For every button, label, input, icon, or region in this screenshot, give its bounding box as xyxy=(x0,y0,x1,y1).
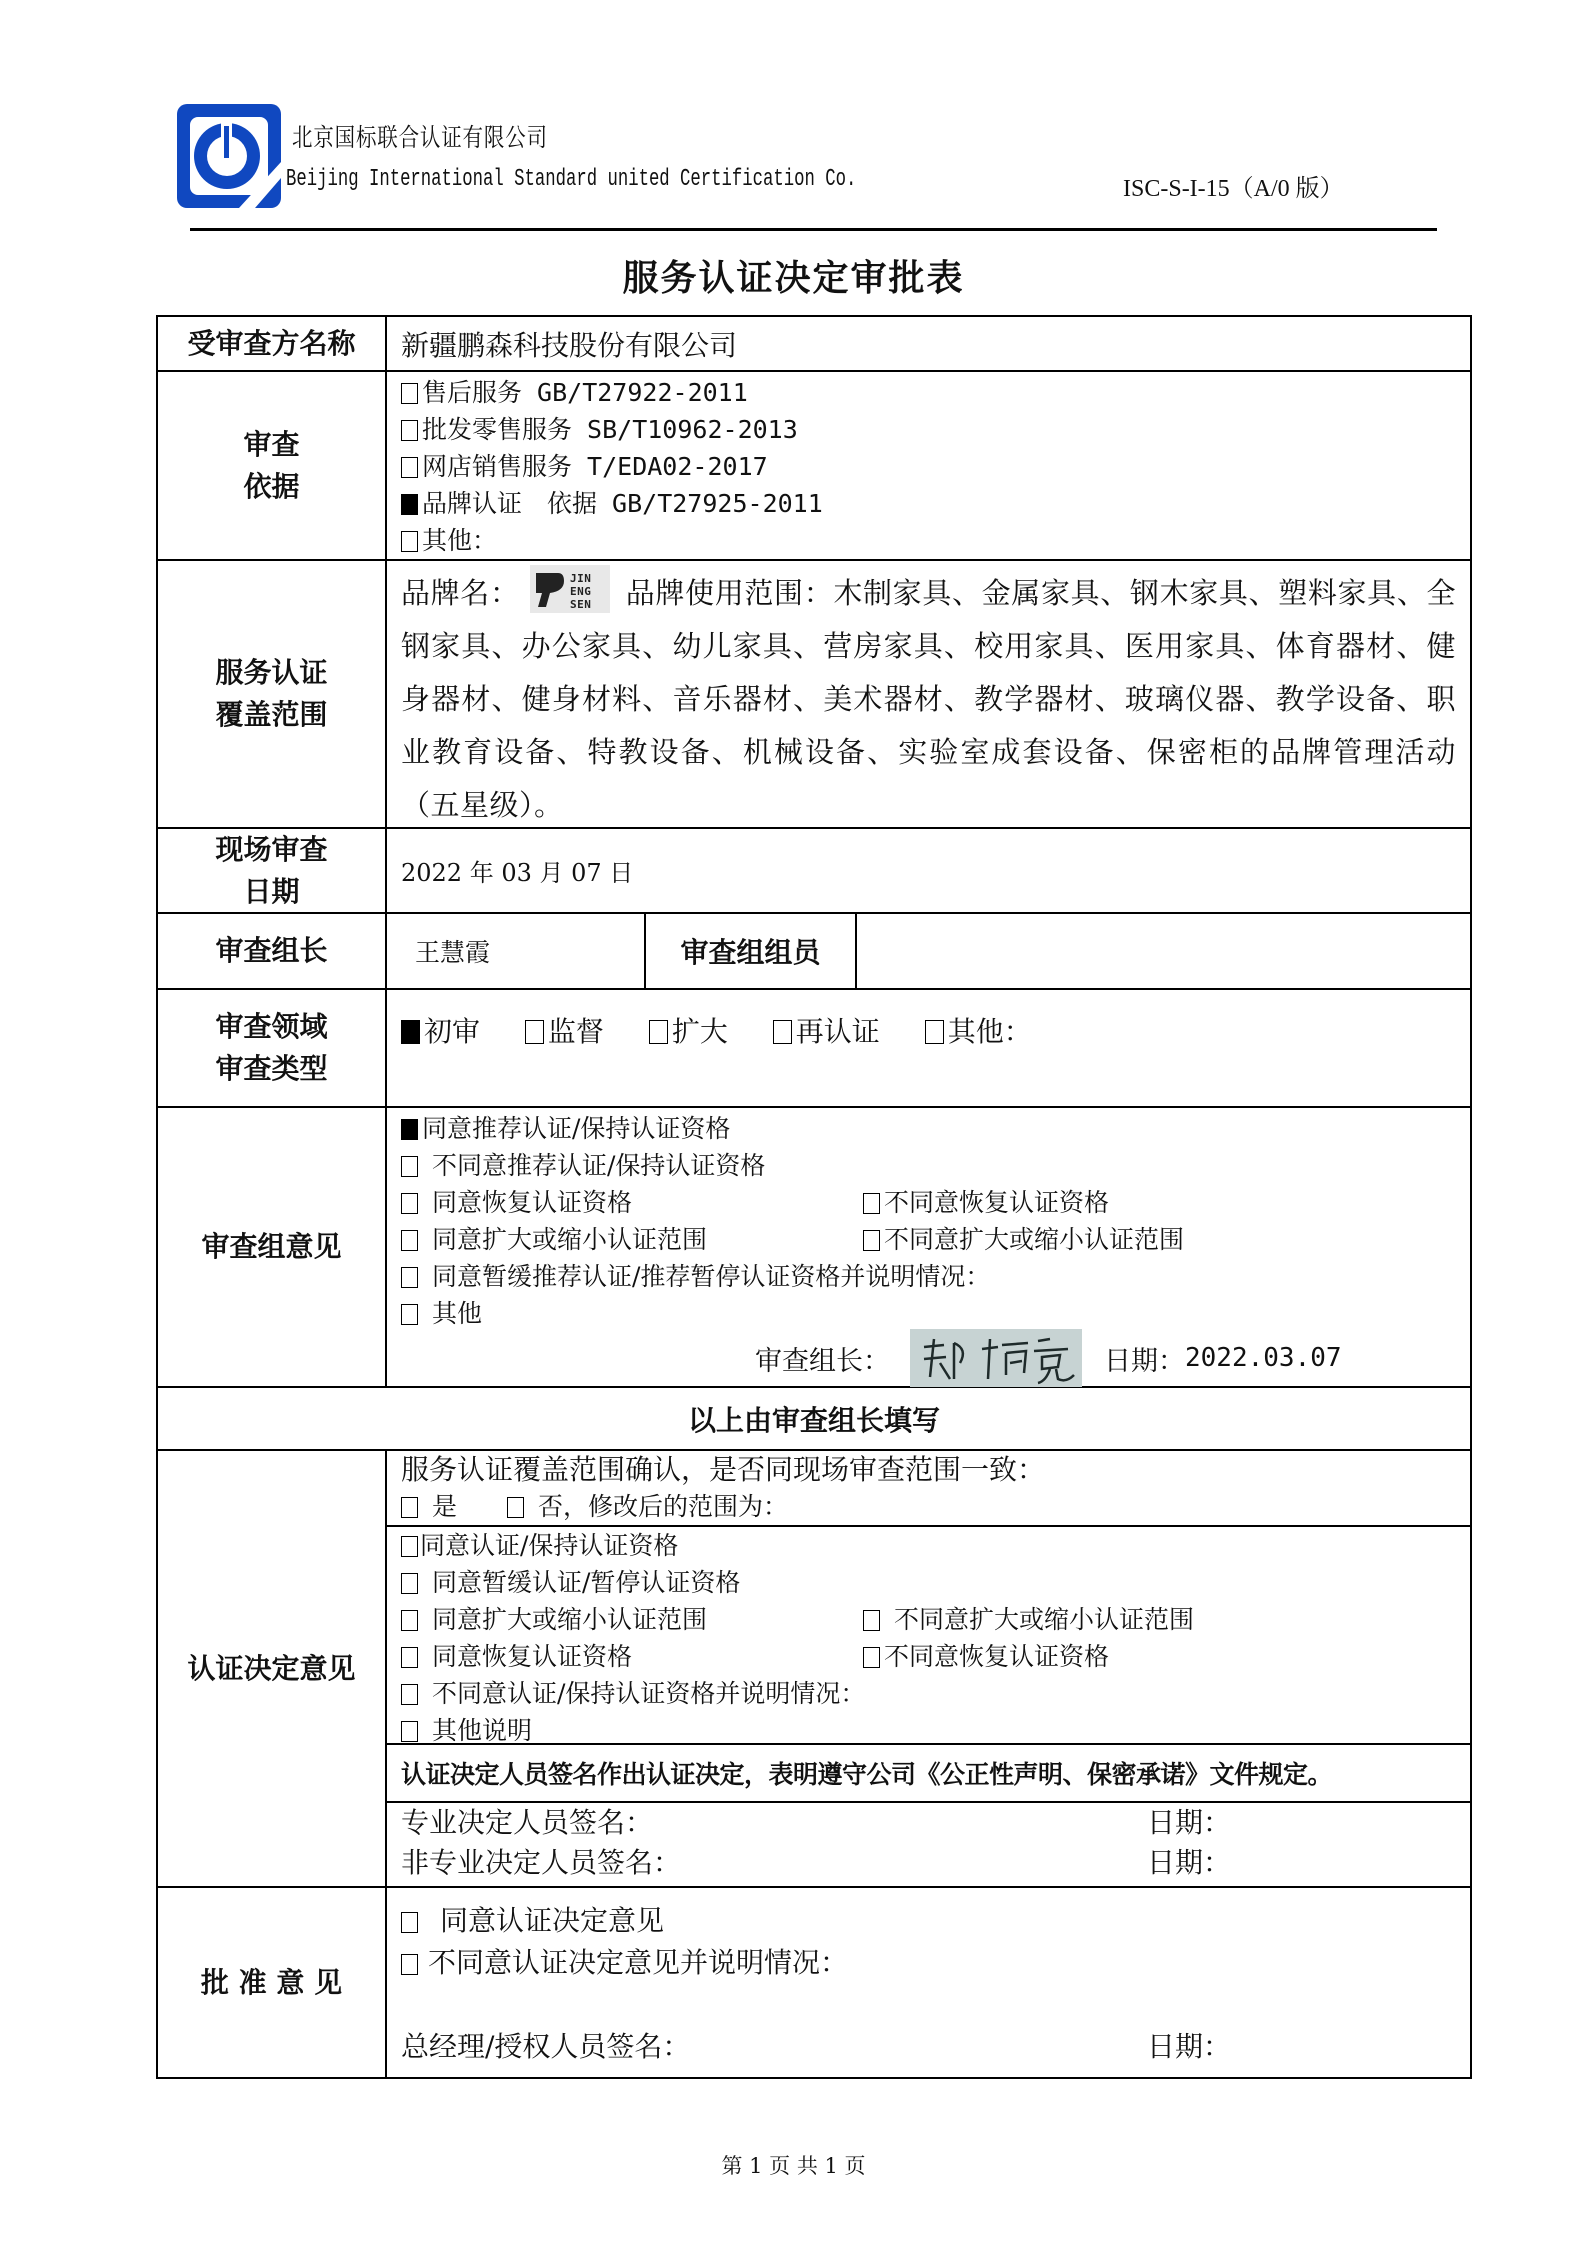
checkbox-unchecked[interactable] xyxy=(401,1536,418,1557)
basis-label: 审查依据 xyxy=(158,372,387,559)
audit-type-initial[interactable]: 初审 xyxy=(401,1010,480,1050)
team-opinion-label: 审查组意见 xyxy=(158,1108,387,1386)
checkbox-unchecked[interactable] xyxy=(863,1610,880,1631)
checkbox-unchecked[interactable] xyxy=(525,1020,544,1044)
team-leader-sign-line: 审查组长： 日期： 2022.03.07 xyxy=(401,1332,1456,1384)
checkbox-unchecked[interactable] xyxy=(401,383,418,404)
row-decision: 认证决定意见 服务认证覆盖范围确认，是否同现场审查范围一致： 是否，修改后的范围… xyxy=(158,1451,1470,1888)
decision-opt4a[interactable]: 同意恢复认证资格 xyxy=(401,1638,863,1675)
nonpro-decision-sign-label: 非专业决定人员签名： xyxy=(401,1843,1147,1883)
row-scope: 服务认证覆盖范围 品牌名： JIN ENG SEN 品牌使用范围：木制家具、金属… xyxy=(158,561,1470,829)
checkbox-unchecked[interactable] xyxy=(401,420,418,441)
row-auditee: 受审查方名称 新疆鹏森科技股份有限公司 xyxy=(158,317,1470,372)
checkbox-unchecked[interactable] xyxy=(401,1304,418,1325)
decision-content: 服务认证覆盖范围确认，是否同现场审查范围一致： 是否，修改后的范围为： 同意认证… xyxy=(387,1451,1470,1886)
audit-type-recertification[interactable]: 再认证 xyxy=(773,1010,880,1050)
brand-logo-icon: JIN ENG SEN xyxy=(530,565,610,613)
checkbox-unchecked[interactable] xyxy=(863,1230,880,1251)
team-opinion-options: 同意推荐认证/保持认证资格 不同意推荐认证/保持认证资格 同意恢复认证资格不同意… xyxy=(387,1108,1470,1386)
company-logo-icon xyxy=(177,104,281,208)
checkbox-unchecked[interactable] xyxy=(401,1193,418,1214)
team-members-label: 审查组组员 xyxy=(646,914,857,988)
decision-opt3a[interactable]: 同意扩大或缩小认证范围 xyxy=(401,1601,863,1638)
checkbox-unchecked[interactable] xyxy=(507,1497,524,1518)
team-opinion-opt1[interactable]: 同意推荐认证/保持认证资格 xyxy=(401,1110,1456,1147)
team-leader-value: 王慧霞 xyxy=(387,914,646,988)
basis-options: 售后服务 GB/T27922-2011 批发零售服务 SB/T10962-201… xyxy=(387,372,1470,559)
checkbox-unchecked[interactable] xyxy=(401,1573,418,1594)
decision-opt6[interactable]: 其他说明 xyxy=(401,1712,1456,1749)
approval-sign-label: 总经理/授权人员签名： xyxy=(401,2026,1147,2068)
row-team-opinion: 审查组意见 同意推荐认证/保持认证资格 不同意推荐认证/保持认证资格 同意恢复认… xyxy=(158,1108,1470,1388)
checkbox-checked[interactable] xyxy=(401,1119,418,1140)
checkbox-unchecked[interactable] xyxy=(401,1610,418,1631)
row-basis: 审查依据 售后服务 GB/T27922-2011 批发零售服务 SB/T1096… xyxy=(158,372,1470,561)
scope-confirm-no[interactable]: 否，修改后的范围为： xyxy=(507,1489,788,1525)
audit-type-surveillance[interactable]: 监督 xyxy=(525,1010,604,1050)
checkbox-unchecked[interactable] xyxy=(401,1156,418,1177)
svg-text:ENG: ENG xyxy=(570,585,591,598)
decision-signatures: 专业决定人员签名： 日期： 非专业决定人员签名： 日期： xyxy=(387,1803,1470,1886)
checkbox-unchecked[interactable] xyxy=(401,1230,418,1251)
scope-content: 品牌名： JIN ENG SEN 品牌使用范围：木制家具、金属家具、钢木家具、塑… xyxy=(387,561,1470,827)
decision-statement: 认证决定人员签名作出认证决定，表明遵守公司《公正性声明、保密承诺》文件规定。 xyxy=(387,1745,1470,1803)
audit-type-extension[interactable]: 扩大 xyxy=(649,1010,728,1050)
decision-opt4b[interactable]: 不同意恢复认证资格 xyxy=(863,1638,1109,1675)
approval-date-label: 日期： xyxy=(1147,2026,1231,2068)
team-opinion-opt3b[interactable]: 不同意恢复认证资格 xyxy=(863,1184,1109,1221)
team-opinion-opt4a[interactable]: 同意扩大或缩小认证范围 xyxy=(401,1221,863,1258)
filled-by-note: 以上由审查组长填写 xyxy=(688,1399,940,1439)
approval-content: 同意认证决定意见 不同意认证决定意见并说明情况： 总经理/授权人员签名： 日期： xyxy=(387,1888,1470,2077)
checkbox-unchecked[interactable] xyxy=(649,1020,668,1044)
checkbox-unchecked[interactable] xyxy=(401,531,418,552)
basis-option-other[interactable]: 其他： xyxy=(401,522,1456,559)
checkbox-unchecked[interactable] xyxy=(863,1647,880,1668)
team-opinion-opt3a[interactable]: 同意恢复认证资格 xyxy=(401,1184,863,1221)
signature-image xyxy=(910,1329,1082,1387)
auditee-label: 受审查方名称 xyxy=(158,317,387,370)
page-title: 服务认证决定审批表 xyxy=(0,250,1587,301)
decision-label: 认证决定意见 xyxy=(158,1451,387,1886)
audit-type-other[interactable]: 其他： xyxy=(925,1010,1032,1050)
company-name-en: Beijing International Standard united Ce… xyxy=(286,166,856,193)
svg-text:JIN: JIN xyxy=(570,572,591,585)
checkbox-unchecked[interactable] xyxy=(401,1267,418,1288)
team-leader-label: 审查组长 xyxy=(158,914,387,988)
checkbox-unchecked[interactable] xyxy=(401,457,418,478)
approval-opt1[interactable]: 同意认证决定意见 xyxy=(401,1900,1456,1942)
team-opinion-opt5[interactable]: 同意暂缓推荐认证/推荐暂停认证资格并说明情况： xyxy=(401,1258,1456,1295)
basis-option-brand[interactable]: 品牌认证 依据 GB/T27925-2011 xyxy=(401,485,1456,522)
approval-label: 批 准 意 见 xyxy=(158,1888,387,2077)
approval-form-table: 受审查方名称 新疆鹏森科技股份有限公司 审查依据 售后服务 GB/T27922-… xyxy=(156,315,1472,2079)
checkbox-checked[interactable] xyxy=(401,1020,420,1044)
decision-opt2[interactable]: 同意暂缓认证/暂停认证资格 xyxy=(401,1564,1456,1601)
checkbox-checked[interactable] xyxy=(401,494,418,515)
auditee-name: 新疆鹏森科技股份有限公司 xyxy=(387,317,1470,370)
team-members-value xyxy=(857,914,1470,988)
basis-option-wholesale[interactable]: 批发零售服务 SB/T10962-2013 xyxy=(401,411,1456,448)
team-opinion-date-label: 日期： xyxy=(1104,1339,1185,1378)
pro-decision-date-label: 日期： xyxy=(1147,1803,1231,1843)
checkbox-unchecked[interactable] xyxy=(925,1020,944,1044)
checkbox-unchecked[interactable] xyxy=(401,1954,418,1975)
decision-opt1[interactable]: 同意认证/保持认证资格 xyxy=(401,1527,1456,1564)
svg-text:SEN: SEN xyxy=(570,598,591,611)
company-name-cn: 北京国标联合认证有限公司 xyxy=(292,118,548,154)
row-team: 审查组长 王慧霞 审查组组员 xyxy=(158,914,1470,990)
team-opinion-opt6[interactable]: 其他 xyxy=(401,1295,1456,1332)
scope-confirm-section: 服务认证覆盖范围确认，是否同现场审查范围一致： 是否，修改后的范围为： xyxy=(387,1451,1470,1527)
basis-option-online-store[interactable]: 网店销售服务 T/EDA02-2017 xyxy=(401,448,1456,485)
scope-confirm-question: 服务认证覆盖范围确认，是否同现场审查范围一致： xyxy=(401,1451,1456,1489)
decision-opt5[interactable]: 不同意认证/保持认证资格并说明情况： xyxy=(401,1675,1456,1712)
row-audit-date: 现场审查日期 2022 年 03 月 07 日 xyxy=(158,829,1470,914)
team-opinion-opt4b[interactable]: 不同意扩大或缩小认证范围 xyxy=(863,1221,1184,1258)
checkbox-unchecked[interactable] xyxy=(401,1497,418,1518)
brand-name-label: 品牌名： xyxy=(401,576,520,610)
decision-options: 同意认证/保持认证资格 同意暂缓认证/暂停认证资格 同意扩大或缩小认证范围不同意… xyxy=(387,1527,1470,1745)
basis-option-after-sales[interactable]: 售后服务 GB/T27922-2011 xyxy=(401,374,1456,411)
row-audit-type: 审查领域审查类型 初审 监督 扩大 再认证 其他： xyxy=(158,990,1470,1108)
scope-confirm-yes[interactable]: 是 xyxy=(401,1489,457,1525)
team-opinion-date-value: 2022.03.07 xyxy=(1185,1343,1342,1373)
scope-label: 服务认证覆盖范围 xyxy=(158,561,387,827)
checkbox-unchecked[interactable] xyxy=(773,1020,792,1044)
approval-opt2[interactable]: 不同意认证决定意见并说明情况： xyxy=(401,1942,1456,1984)
checkbox-unchecked[interactable] xyxy=(401,1684,418,1705)
audit-date-value: 2022 年 03 月 07 日 xyxy=(387,829,1470,912)
pro-decision-sign-label: 专业决定人员签名： xyxy=(401,1803,1147,1843)
nonpro-decision-date-label: 日期： xyxy=(1147,1843,1231,1883)
checkbox-unchecked[interactable] xyxy=(401,1721,418,1742)
header-divider xyxy=(190,228,1437,231)
decision-opt3b[interactable]: 不同意扩大或缩小认证范围 xyxy=(863,1601,1194,1638)
row-filled-by-note: 以上由审查组长填写 xyxy=(158,1388,1470,1451)
team-leader-sign-label: 审查组长： xyxy=(755,1339,890,1378)
page-number: 第 1 页 共 1 页 xyxy=(0,2150,1587,2180)
audit-type-label: 审查领域审查类型 xyxy=(158,990,387,1106)
checkbox-unchecked[interactable] xyxy=(401,1647,418,1668)
checkbox-unchecked[interactable] xyxy=(401,1912,418,1933)
checkbox-unchecked[interactable] xyxy=(863,1193,880,1214)
audit-type-options: 初审 监督 扩大 再认证 其他： xyxy=(387,990,1470,1106)
row-approval: 批 准 意 见 同意认证决定意见 不同意认证决定意见并说明情况： 总经理/授权人… xyxy=(158,1888,1470,2077)
team-opinion-opt2[interactable]: 不同意推荐认证/保持认证资格 xyxy=(401,1147,1456,1184)
document-code: ISC-S-I-15（A/0 版） xyxy=(1123,168,1344,203)
audit-date-label: 现场审查日期 xyxy=(158,829,387,912)
